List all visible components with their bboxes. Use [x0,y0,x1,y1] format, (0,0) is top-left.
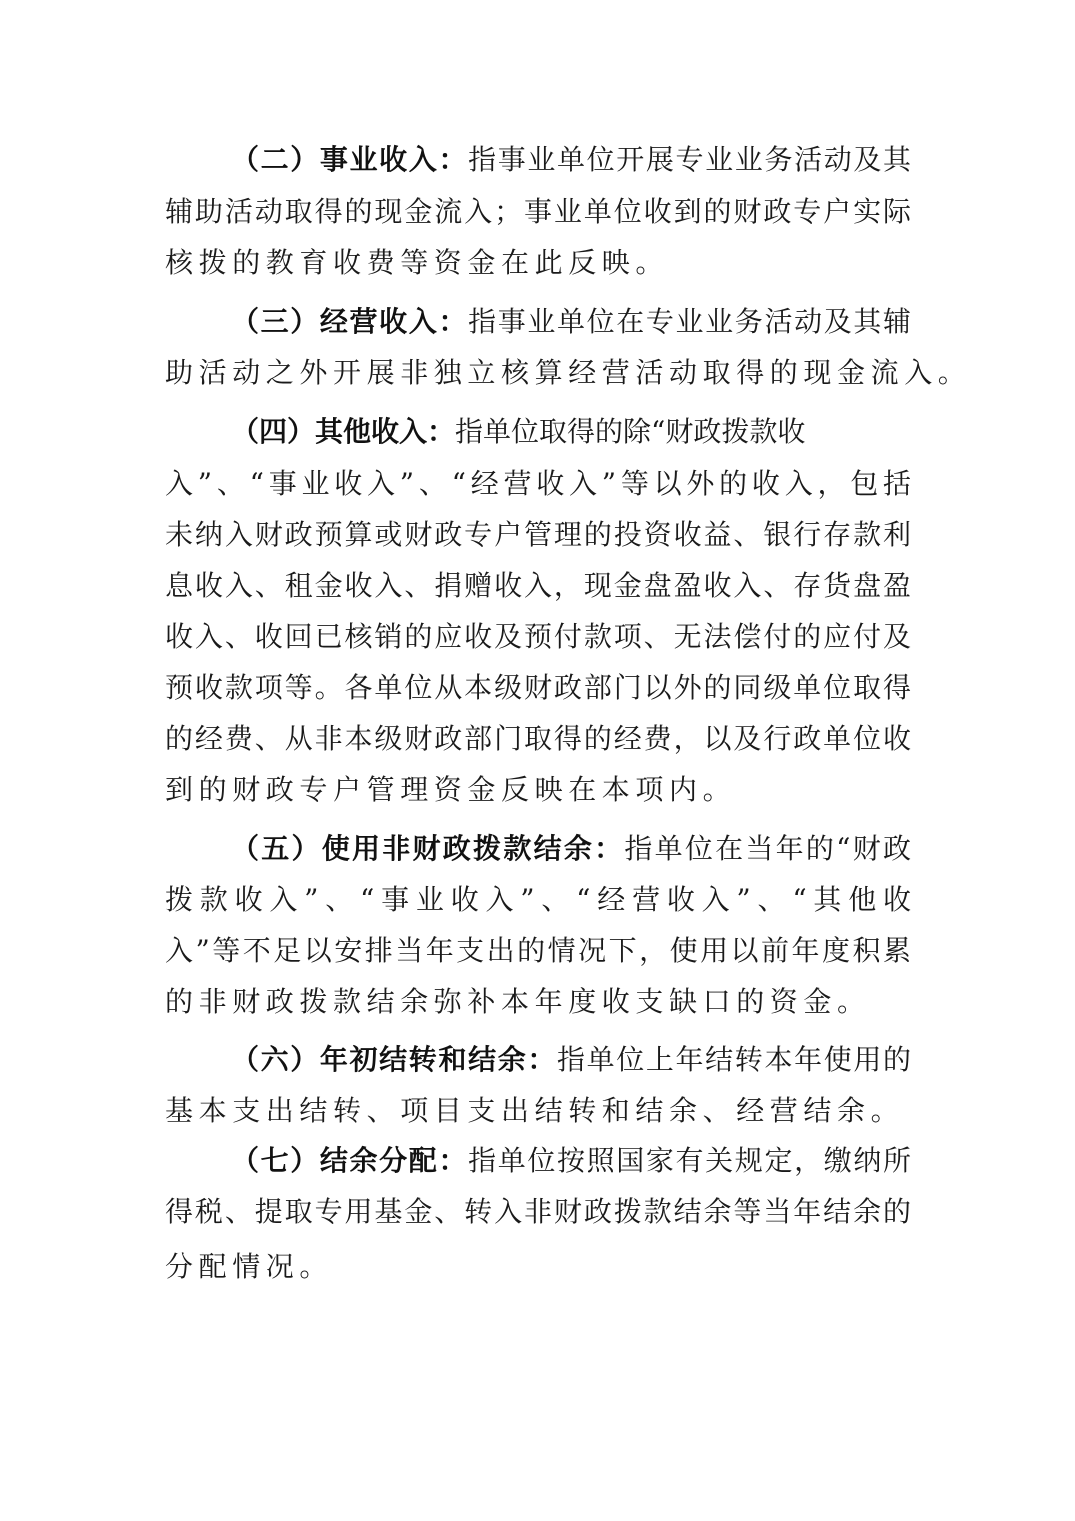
paragraph-4-line-2: 入”、“事业收入”、“经营收入”等以外的收入，包括 [165,464,911,504]
paragraph-2-line-1: （二）事业收入：指事业单位开展专业业务活动及其 [231,140,911,180]
paragraph-4-line-7: 的经费、从非本级财政部门取得的经费，以及行政单位收 [165,719,911,759]
paragraph-4-line-4: 息收入、租金收入、捐赠收入，现金盘盈收入、存货盘盈 [165,566,911,606]
paragraph-2-line-3: 核拨的教育收费等资金在此反映。 [165,243,911,283]
paragraph-4-line-1: （四）其他收入：指单位取得的除“财政拨款收 [231,412,911,452]
paragraph-7-line-2: 得税、提取专用基金、转入非财政拨款结余等当年结余的 [165,1192,911,1232]
paragraph-4-heading: （四）其他收入： [231,415,455,448]
paragraph-6-heading: （六）年初结转和结余： [231,1043,557,1076]
paragraph-6-line-1: （六）年初结转和结余：指单位上年结转本年使用的 [231,1040,911,1080]
paragraph-3-line-2: 助活动之外开展非独立核算经营活动取得的现金流入。 [165,353,911,393]
paragraph-5-line-3: 入”等不足以安排当年支出的情况下，使用以前年度积累 [165,931,911,971]
paragraph-3-heading: （三）经营收入： [231,305,468,338]
paragraph-4-line-8: 到的财政专户管理资金反映在本项内。 [165,770,911,810]
paragraph-2-heading: （二）事业收入： [231,143,468,176]
paragraph-2-text: 指事业单位开展专业业务活动及其 [468,143,911,176]
paragraph-5-line-4: 的非财政拨款结余弥补本年度收支缺口的资金。 [165,982,911,1022]
paragraph-5-text: 指单位在当年的“财政 [624,832,911,865]
paragraph-7-line-1: （七）结余分配：指单位按照国家有关规定，缴纳所 [231,1141,911,1181]
paragraph-6-line-2: 基本支出结转、项目支出结转和结余、经营结余。 [165,1091,911,1131]
paragraph-3-text: 指事业单位在专业业务活动及其辅 [468,305,911,338]
document-page: （二）事业收入：指事业单位开展专业业务活动及其 辅助活动取得的现金流入；事业单位… [0,0,1075,1521]
paragraph-3-line-1: （三）经营收入：指事业单位在专业业务活动及其辅 [231,302,911,342]
paragraph-6-text: 指单位上年结转本年使用的 [557,1043,911,1076]
paragraph-4-line-3: 未纳入财政预算或财政专户管理的投资收益、银行存款利 [165,515,911,555]
paragraph-7-line-3: 分配情况。 [165,1247,911,1287]
paragraph-4-line-6: 预收款项等。各单位从本级财政部门以外的同级单位取得 [165,668,911,708]
paragraph-4-line-5: 收入、收回已核销的应收及预付款项、无法偿付的应付及 [165,617,911,657]
paragraph-5-line-2: 拨款收入”、“事业收入”、“经营收入”、“其他收 [165,880,911,920]
paragraph-4-text: 指单位取得的除“财政拨款收 [455,415,805,448]
paragraph-2-line-2: 辅助活动取得的现金流入；事业单位收到的财政专户实际 [165,192,911,232]
paragraph-7-text: 指单位按照国家有关规定，缴纳所 [468,1144,911,1177]
paragraph-7-heading: （七）结余分配： [231,1144,468,1177]
paragraph-5-heading: （五）使用非财政拨款结余： [231,832,624,865]
paragraph-5-line-1: （五）使用非财政拨款结余：指单位在当年的“财政 [231,829,911,869]
